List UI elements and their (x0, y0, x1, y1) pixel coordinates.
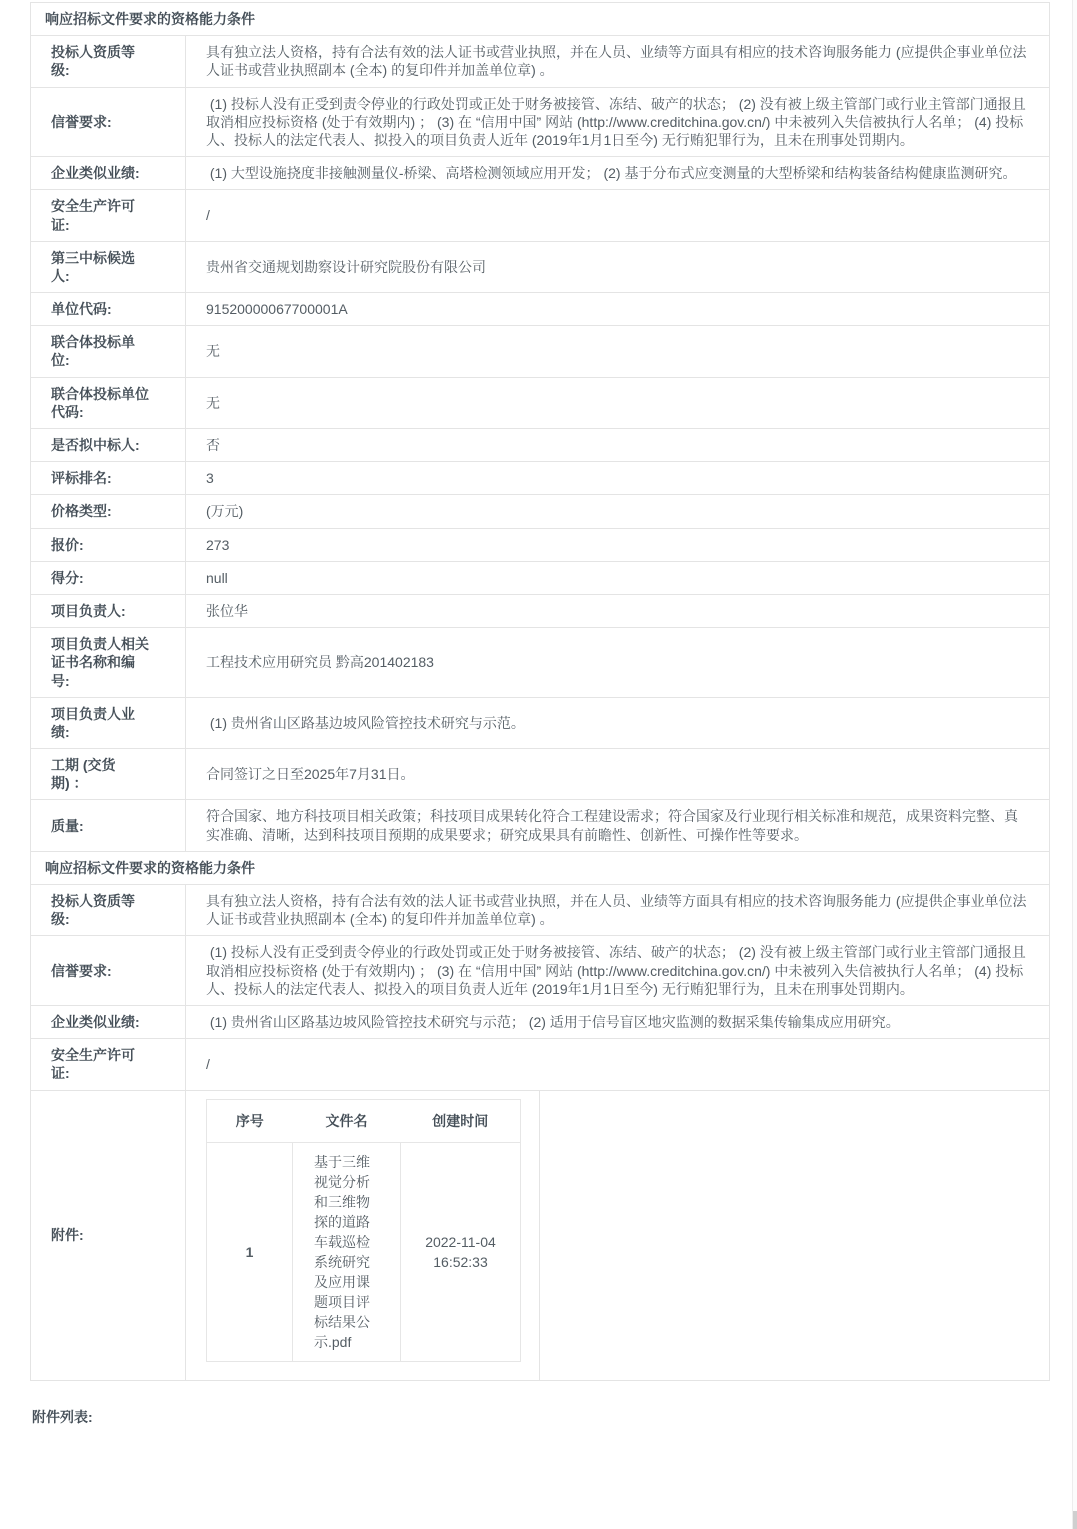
row-value: (万元) (186, 495, 1050, 528)
row-unit-code: 单位代码:91520000067700001A (31, 293, 1050, 326)
row-label: 安全生产许可 证: (31, 190, 186, 241)
row-quote: 报价:273 (31, 528, 1050, 561)
row-label: 联合体投标单 位: (31, 326, 186, 377)
row-label: 信誉要求: (31, 87, 186, 157)
row-label: 企业类似业绩: (31, 1005, 186, 1038)
row-value: 具有独立法人资格，持有合法有效的法人证书或营业执照，并在人员、业绩等方面具有相应… (186, 885, 1050, 936)
section-header-row: 响应招标文件要求的资格能力条件 (31, 851, 1050, 884)
row-label: 质量: (31, 800, 186, 851)
row-label: 信誉要求: (31, 936, 186, 1006)
row-quality: 质量:符合国家、地方科技项目相关政策；科技项目成果转化符合工程建设需求；符合国家… (31, 800, 1050, 851)
attachments-cell: 序号 文件名 创建时间 1 基于三维视觉分析和三维物探的道路车载巡检系统研究及应… (186, 1090, 540, 1380)
row-value: (1) 大型设施挠度非接触测量仪-桥梁、高塔检测领域应用开发； (2) 基于分布… (186, 157, 1050, 190)
row-bidder-qualification-level-2: 投标人资质等 级:具有独立法人资格，持有合法有效的法人证书或营业执照，并在人员、… (31, 885, 1050, 936)
scrollbar-track[interactable] (1072, 0, 1077, 1529)
row-label: 评标排名: (31, 462, 186, 495)
row-value: (1) 贵州省山区路基边坡风险管控技术研究与示范。 (186, 697, 1050, 748)
row-company-similar-performance: 企业类似业绩: (1) 大型设施挠度非接触测量仪-桥梁、高塔检测领域应用开发； … (31, 157, 1050, 190)
attachment-list-label: 附件列表: (32, 1407, 1049, 1427)
row-value: 无 (186, 377, 1050, 428)
attachment-filename: 基于三维视觉分析和三维物探的道路车载巡检系统研究及应用课题项目评标结果公示.pd… (293, 1142, 401, 1361)
row-value: 贵州省交通规划勘察设计研究院股份有限公司 (186, 241, 1050, 292)
row-label: 企业类似业绩: (31, 157, 186, 190)
row-label: 项目负责人业 绩: (31, 697, 186, 748)
section-header-row: 响应招标文件要求的资格能力条件 (31, 3, 1050, 36)
row-evaluation-ranking: 评标排名:3 (31, 462, 1050, 495)
row-label: 工期 (交货 期) ： (31, 749, 186, 800)
row-value: (1) 贵州省山区路基边坡风险管控技术研究与示范； (2) 适用于信号盲区地灾监… (186, 1005, 1050, 1038)
row-value: / (186, 1039, 1050, 1090)
row-value: 符合国家、地方科技项目相关政策；科技项目成果转化符合工程建设需求；符合国家及行业… (186, 800, 1050, 851)
row-label: 联合体投标单位 代码: (31, 377, 186, 428)
row-third-winning-candidate: 第三中标候选 人:贵州省交通规划勘察设计研究院股份有限公司 (31, 241, 1050, 292)
row-work-safety-license: 安全生产许可 证:/ (31, 190, 1050, 241)
row-credit-requirements-2: 信誉要求: (1) 投标人没有正受到责令停业的行政处罚或正处于财务被接管、冻结、… (31, 936, 1050, 1006)
row-credit-requirements: 信誉要求: (1) 投标人没有正受到责令停业的行政处罚或正处于财务被接管、冻结、… (31, 87, 1050, 157)
col-serial-number: 序号 (207, 1099, 293, 1142)
row-value: null (186, 561, 1050, 594)
row-label: 项目负责人相关 证书名称和编 号: (31, 628, 186, 698)
row-attachments: 附件: 序号 文件名 创建时间 1 (31, 1090, 1050, 1380)
row-label: 价格类型: (31, 495, 186, 528)
row-value: (1) 投标人没有正受到责令停业的行政处罚或正处于财务被接管、冻结、破产的状态；… (186, 87, 1050, 157)
row-company-similar-performance-2: 企业类似业绩: (1) 贵州省山区路基边坡风险管控技术研究与示范； (2) 适用… (31, 1005, 1050, 1038)
row-value: 工程技术应用研究员 黔高201402183 (186, 628, 1050, 698)
row-label: 是否拟中标人: (31, 429, 186, 462)
row-project-leader-performance: 项目负责人业 绩: (1) 贵州省山区路基边坡风险管控技术研究与示范。 (31, 697, 1050, 748)
row-label: 投标人资质等 级: (31, 885, 186, 936)
row-price-type: 价格类型:(万元) (31, 495, 1050, 528)
row-construction-period: 工期 (交货 期) ：合同签订之日至2025年7月31日。 (31, 749, 1050, 800)
row-value: 273 (186, 528, 1050, 561)
row-value: / (186, 190, 1050, 241)
row-value: 91520000067700001A (186, 293, 1050, 326)
row-consortium-bidding-unit: 联合体投标单 位:无 (31, 326, 1050, 377)
bid-result-page: 响应招标文件要求的资格能力条件 投标人资质等 级:具有独立法人资格，持有合法有效… (30, 2, 1049, 1427)
row-label: 单位代码: (31, 293, 186, 326)
row-label: 安全生产许可 证: (31, 1039, 186, 1090)
row-value: (1) 投标人没有正受到责令停业的行政处罚或正处于财务被接管、冻结、破产的状态；… (186, 936, 1050, 1006)
row-project-leader: 项目负责人:张位华 (31, 594, 1050, 627)
section-header: 响应招标文件要求的资格能力条件 (31, 3, 1050, 36)
attachment-created-time: 2022-11-04 16:52:33 (401, 1142, 521, 1361)
row-label: 报价: (31, 528, 186, 561)
row-score: 得分:null (31, 561, 1050, 594)
attachments-table: 序号 文件名 创建时间 1 基于三维视觉分析和三维物探的道路车载巡检系统研究及应… (206, 1099, 521, 1362)
section-header: 响应招标文件要求的资格能力条件 (31, 851, 1050, 884)
row-project-leader-certificate: 项目负责人相关 证书名称和编 号:工程技术应用研究员 黔高201402183 (31, 628, 1050, 698)
row-value: 无 (186, 326, 1050, 377)
row-work-safety-license-2: 安全生产许可 证:/ (31, 1039, 1050, 1090)
attachment-row: 1 基于三维视觉分析和三维物探的道路车载巡检系统研究及应用课题项目评标结果公示.… (207, 1142, 521, 1361)
row-value: 具有独立法人资格，持有合法有效的法人证书或营业执照，并在人员、业绩等方面具有相应… (186, 36, 1050, 87)
col-created-time: 创建时间 (401, 1099, 521, 1142)
row-label: 得分: (31, 561, 186, 594)
row-consortium-bidding-unit-code: 联合体投标单位 代码:无 (31, 377, 1050, 428)
attachments-header-row: 序号 文件名 创建时间 (207, 1099, 521, 1142)
row-label: 附件: (31, 1090, 186, 1380)
row-label: 投标人资质等 级: (31, 36, 186, 87)
row-is-proposed-winner: 是否拟中标人:否 (31, 429, 1050, 462)
row-label: 第三中标候选 人: (31, 241, 186, 292)
row-bidder-qualification-level: 投标人资质等 级:具有独立法人资格，持有合法有效的法人证书或营业执照，并在人员、… (31, 36, 1050, 87)
bid-info-table: 响应招标文件要求的资格能力条件 投标人资质等 级:具有独立法人资格，持有合法有效… (30, 2, 1050, 1381)
row-value: 否 (186, 429, 1050, 462)
row-value: 3 (186, 462, 1050, 495)
row-value: 张位华 (186, 594, 1050, 627)
scrollbar-thumb[interactable] (1073, 1511, 1077, 1529)
col-file-name: 文件名 (293, 1099, 401, 1142)
attachments-empty-cell (540, 1090, 1050, 1380)
attachment-serial: 1 (207, 1142, 293, 1361)
row-label: 项目负责人: (31, 594, 186, 627)
row-value: 合同签订之日至2025年7月31日。 (186, 749, 1050, 800)
